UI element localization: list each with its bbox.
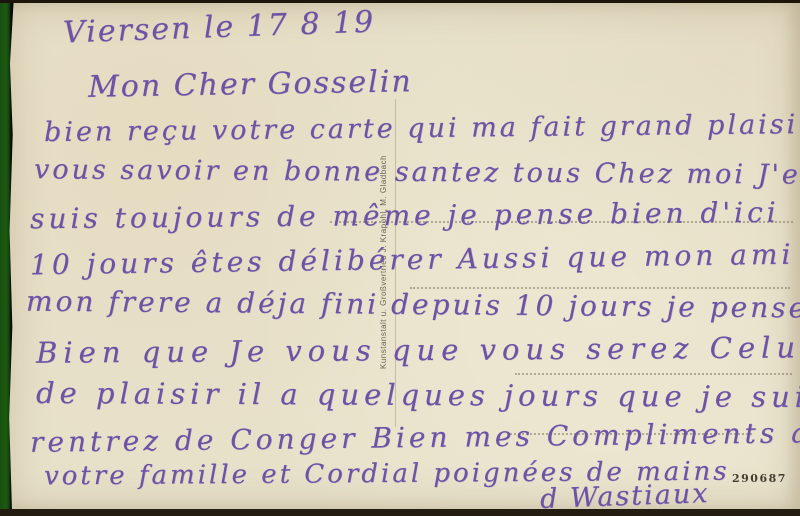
handwriting-line: rentrez de Conger Bien mes Compliments a (30, 416, 800, 459)
handwriting-line: vous savoir en bonne santez tous Chez mo… (34, 154, 800, 190)
scan-edge-top (0, 0, 800, 3)
handwriting-salutation: Mon Cher Gosselin (88, 64, 413, 105)
handwriting-line: 10 jours êtes délibérer Aussi que mon am… (30, 238, 795, 282)
postcard: Kunstanstalt u. Großvertrieb J. Krapohl,… (8, 3, 800, 509)
handwriting-line: mon frere a déja fini depuis 10 jours je… (26, 285, 800, 325)
handwriting-line: de plaisir il a quelques jours que je su… (36, 376, 800, 414)
address-dotted-line (515, 373, 792, 375)
postcard-scan: Kunstanstalt u. Großvertrieb J. Krapohl,… (0, 0, 800, 516)
handwriting-line: bien reçu votre carte qui ma fait grand … (44, 109, 800, 148)
serial-number: 290687 (732, 472, 787, 485)
scan-edge-bottom (0, 509, 800, 516)
handwriting-dateline: Viersen le 17 8 19 (62, 5, 375, 51)
handwriting-line: suis toujours de même je pense bien d'ic… (30, 196, 780, 236)
handwriting-line: Bien que Je vous que vous serez Celui (36, 330, 800, 369)
